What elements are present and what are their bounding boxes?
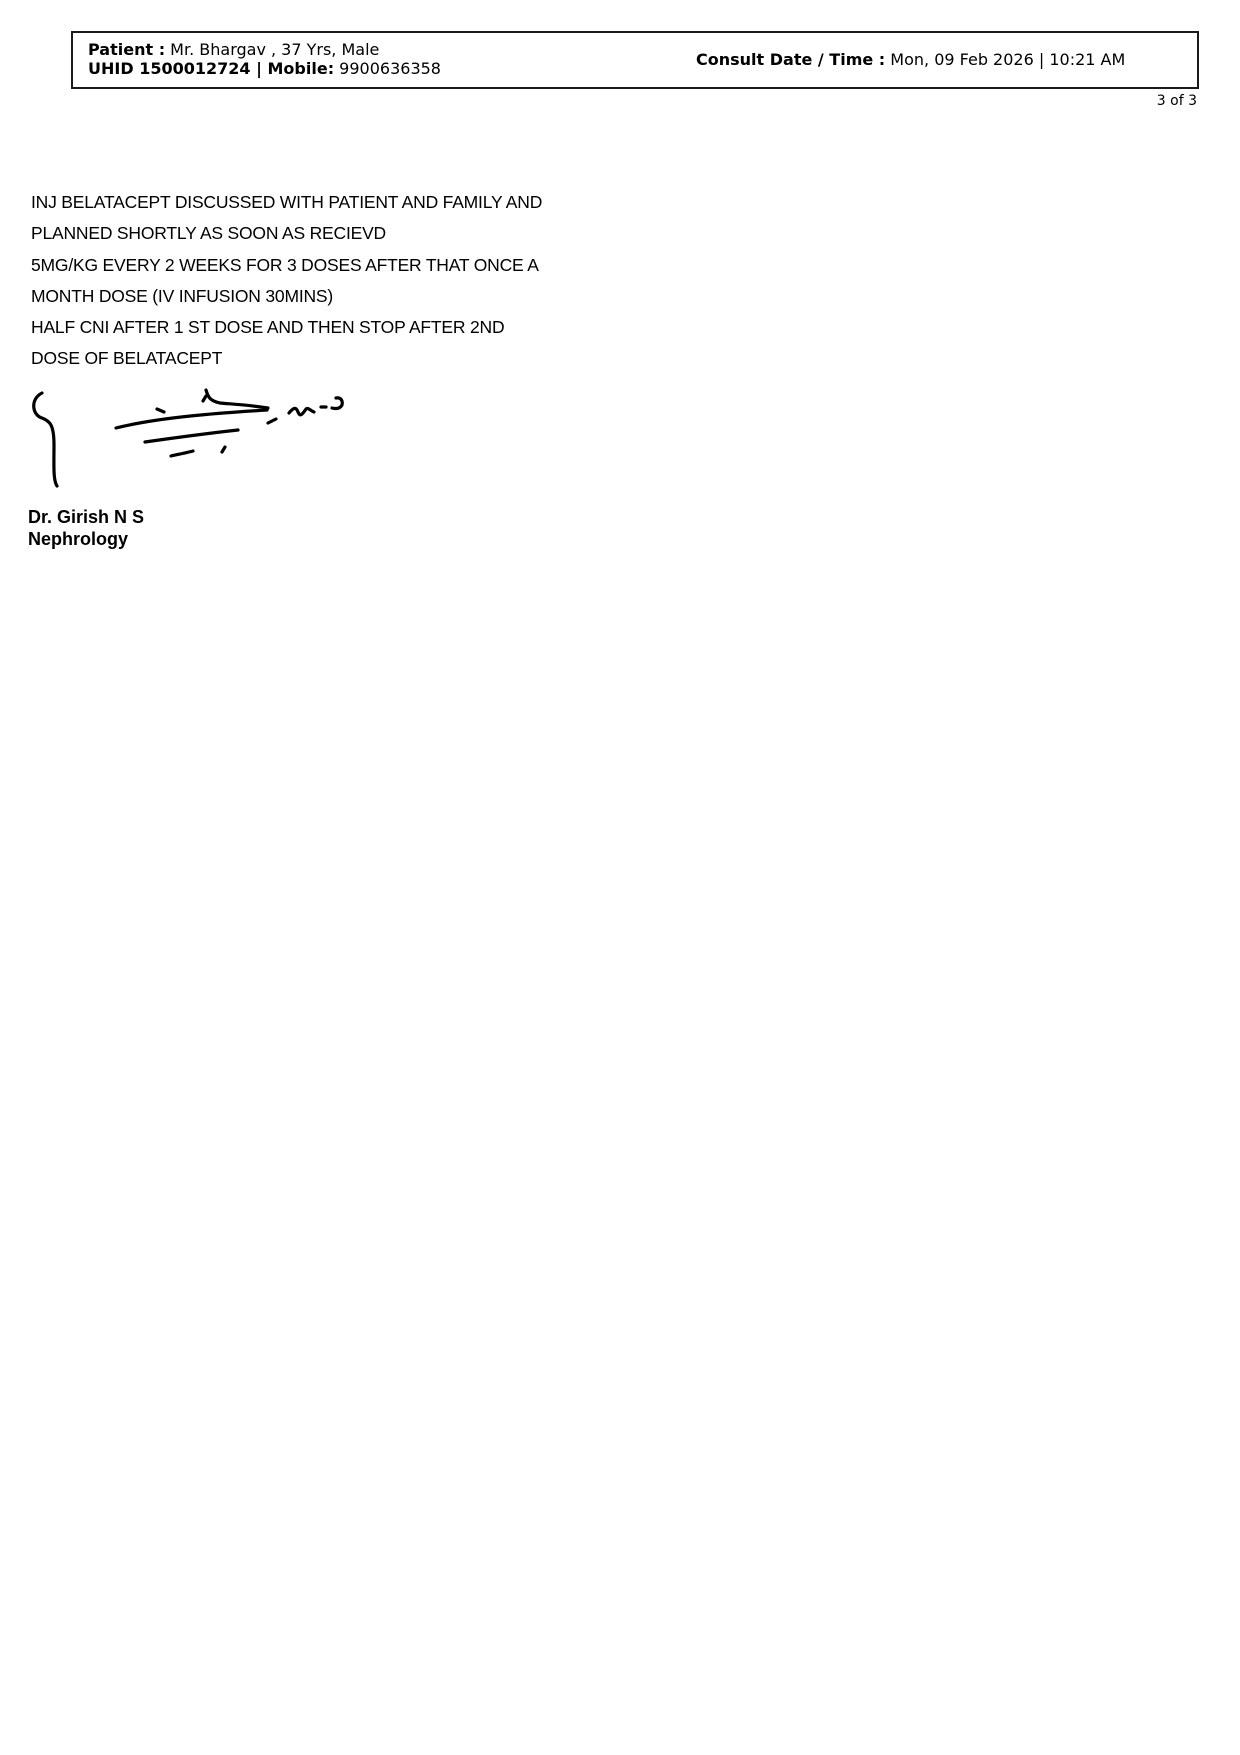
patient-header: Patient : Mr. Bhargav , 37 Yrs, Male UHI… [71,31,1199,89]
note-line: MONTH DOSE (IV INFUSION 30MINS) [31,281,542,312]
doctor-name: Dr. Girish N S [28,506,144,528]
note-line: HALF CNI AFTER 1 ST DOSE AND THEN STOP A… [31,312,542,343]
consult-value: Mon, 09 Feb 2026 | 10:21 AM [885,50,1125,69]
patient-value: Mr. Bhargav , 37 Yrs, Male [165,40,379,59]
page-indicator: 3 of 3 [1157,93,1197,109]
doctor-signature-block: Dr. Girish N S Nephrology [28,506,144,550]
consult-label: Consult Date / Time : [696,50,885,69]
clinical-notes: INJ BELATACEPT DISCUSSED WITH PATIENT AN… [31,187,542,375]
patient-line: Patient : Mr. Bhargav , 37 Yrs, Male [88,40,441,59]
consult-info: Consult Date / Time : Mon, 09 Feb 2026 |… [696,50,1125,70]
signature-image [30,385,390,500]
uhid-label: UHID 1500012724 | Mobile: [88,59,334,78]
doctor-department: Nephrology [28,528,144,550]
note-line: INJ BELATACEPT DISCUSSED WITH PATIENT AN… [31,187,542,218]
note-line: PLANNED SHORTLY AS SOON AS RECIEVD [31,218,542,249]
note-line: 5MG/KG EVERY 2 WEEKS FOR 3 DOSES AFTER T… [31,250,542,281]
mobile-value: 9900636358 [334,59,441,78]
patient-info: Patient : Mr. Bhargav , 37 Yrs, Male UHI… [88,40,441,78]
note-line: DOSE OF BELATACEPT [31,343,542,374]
patient-label: Patient : [88,40,165,59]
uhid-line: UHID 1500012724 | Mobile: 9900636358 [88,59,441,78]
